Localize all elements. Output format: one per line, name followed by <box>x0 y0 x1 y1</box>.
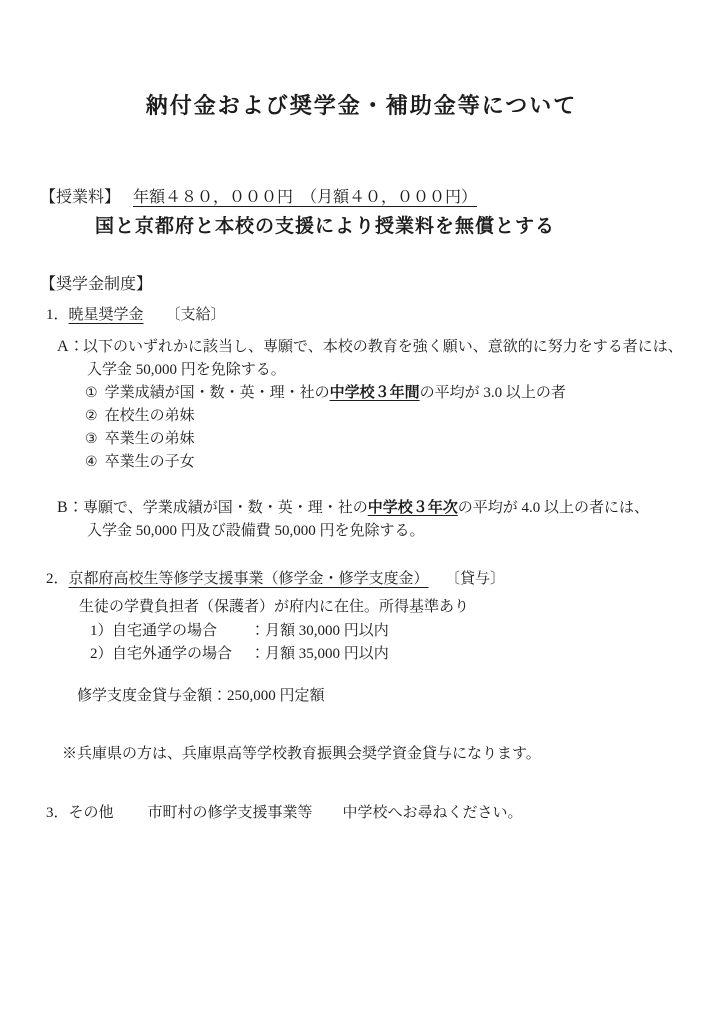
page-title: 納付金および奨学金・補助金等について <box>0 90 723 122</box>
item1-title: 暁星奨学金 <box>69 307 144 323</box>
condition-2-pre: 在校生の弟妹 <box>105 408 195 424</box>
document-page: 納付金および奨学金・補助金等について 【授業料】年額４８０，０００円 （月額４０… <box>0 0 723 1024</box>
item1-a-label: A： <box>57 335 83 358</box>
tuition-label: 【授業料】 <box>40 189 120 206</box>
tuition-amount: 年額４８０，０００円 （月額４０，０００円） <box>133 189 477 206</box>
option-1-label: 自宅通学の場合 <box>112 620 250 643</box>
item1-b-pre: 専願で、学業成績が国・数・英・理・社の <box>83 500 368 516</box>
item3-number: 3． <box>46 805 69 821</box>
item1-b-line1: B：専願で、学業成績が国・数・英・理・社の中学校３年次の平均が 4.0 以上の者… <box>0 496 723 520</box>
item1-a-line2: 入学金 50,000 円を免除する。 <box>0 359 723 382</box>
option-2-label: 自宅外通学の場合 <box>112 643 250 666</box>
item1-a-line1: A：以下のいずれかに該当し、専願で、本校の教育を強く願い、意欲的に努力をする者に… <box>0 335 723 359</box>
item3-text2: 中学校へお尋ねください。 <box>343 805 523 821</box>
tuition-note: 国と京都府と本校の支援により授業料を無償とする <box>0 214 723 240</box>
condition-1-em: 中学校３年間 <box>330 385 420 401</box>
item3-text: 市町村の修学支援事業等 <box>148 805 313 821</box>
circled-4-icon: ④ <box>85 454 98 470</box>
item1-a-text1: 以下のいずれかに該当し、専願で、本校の教育を強く願い、意欲的に努力をする者には、 <box>83 339 683 355</box>
option-1-number: 1） <box>90 620 112 643</box>
condition-4-pre: 卒業生の子女 <box>105 454 195 470</box>
item1-b-em: 中学校３年次 <box>368 500 458 516</box>
item2-title: 京都府高校生等修学支援事業（修学金・修学支度金） <box>69 571 429 587</box>
circled-3-icon: ③ <box>85 431 98 447</box>
circled-1-icon: ① <box>85 385 98 401</box>
item2-condition: 生徒の学費負担者（保護者）が府内に在住。所得基準あり <box>0 596 723 619</box>
option-2-number: 2） <box>90 643 112 666</box>
item1-type: 〔支給〕 <box>166 307 226 323</box>
option-2-value: ：月額 35,000 円以内 <box>250 646 389 662</box>
scholarship-item1-heading: 1．暁星奨学金〔支給〕 <box>0 304 723 327</box>
item2-option-1: 1）自宅通学の場合：月額 30,000 円以内 <box>0 620 723 643</box>
condition-3-pre: 卒業生の弟妹 <box>105 431 195 447</box>
item2-hyogo-note: ※兵庫県の方は、兵庫県高等学校教育振興会奨学資金貸与になります。 <box>0 743 723 766</box>
item1-a-condition-4: ④卒業生の子女 <box>0 451 723 474</box>
circled-2-icon: ② <box>85 408 98 424</box>
scholarship-item2-heading: 2．京都府高校生等修学支援事業（修学金・修学支度金）〔貸与〕 <box>0 568 723 591</box>
item2-option-2: 2）自宅外通学の場合：月額 35,000 円以内 <box>0 643 723 666</box>
scholarship-item3-heading: 3．その他市町村の修学支援事業等中学校へお尋ねください。 <box>0 802 723 825</box>
item1-b-line2: 入学金 50,000 円及び設備費 50,000 円を免除する。 <box>0 520 723 543</box>
item2-number: 2． <box>46 571 69 587</box>
tuition-line: 【授業料】年額４８０，０００円 （月額４０，０００円） <box>0 186 723 209</box>
item1-a-condition-3: ③卒業生の弟妹 <box>0 428 723 451</box>
scholarship-header: 【奨学金制度】 <box>0 273 723 296</box>
condition-1-pre: 学業成績が国・数・英・理・社の <box>105 385 330 401</box>
item1-b-label: B： <box>57 496 83 519</box>
item1-b-post: の平均が 4.0 以上の者には、 <box>458 500 649 516</box>
item2-type: 〔貸与〕 <box>453 571 506 587</box>
item2-supply-amount: 修学支度金貸与金額：250,000 円定額 <box>0 685 723 708</box>
item1-a-condition-2: ②在校生の弟妹 <box>0 405 723 428</box>
item1-a-condition-1: ①学業成績が国・数・英・理・社の中学校３年間の平均が 3.0 以上の者 <box>0 382 723 405</box>
condition-1-post: の平均が 3.0 以上の者 <box>420 385 566 401</box>
item3-label: その他 <box>69 805 114 821</box>
item1-number: 1． <box>46 307 69 323</box>
option-1-value: ：月額 30,000 円以内 <box>250 623 389 639</box>
